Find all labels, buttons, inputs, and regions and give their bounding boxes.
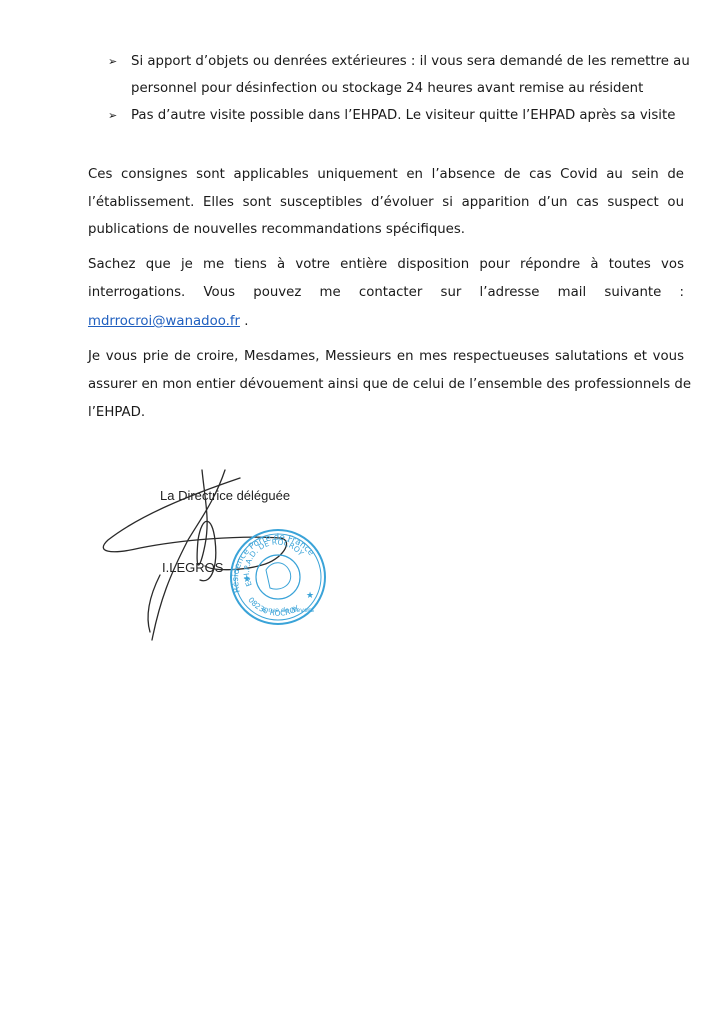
svg-text:★: ★ (306, 591, 314, 601)
official-stamp-icon: ★ ★ Résidence Porte de France E.H.P.A.D.… (0, 0, 725, 1024)
stamp-address-text: 6 rue de Nevers (262, 606, 315, 614)
document-page: ➢ Si apport d’objets ou denrées extérieu… (0, 0, 725, 1024)
